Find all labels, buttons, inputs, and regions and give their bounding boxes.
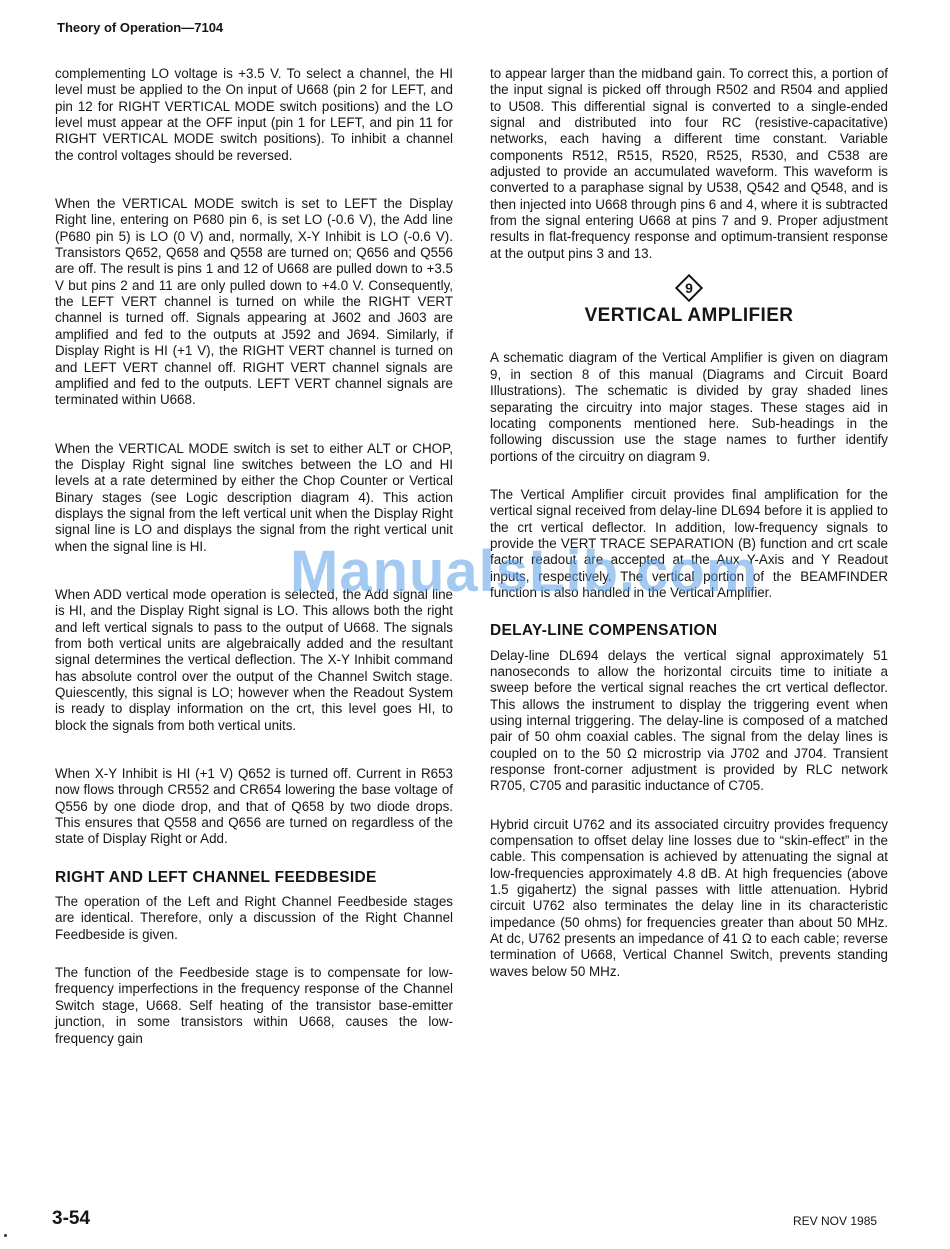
paragraph-hybrid-circuit: Hybrid circuit U762 and its associated c…	[490, 817, 888, 980]
paragraph-delay-line: Delay-line DL694 delays the vertical sig…	[490, 648, 888, 795]
paragraph-vertical-mode-left: When the VERTICAL MODE switch is set to …	[55, 196, 453, 408]
left-column: complementing LO voltage is +3.5 V. To s…	[55, 66, 453, 1047]
page-number: 3-54	[52, 1208, 90, 1230]
paragraph-feedbeside-continued: to appear larger than the midband gain. …	[490, 66, 888, 262]
paragraph-feedbeside-function: The function of the Feedbeside stage is …	[55, 965, 453, 1047]
section-number: 9	[675, 274, 703, 302]
heading-feedbeside: RIGHT AND LEFT CHANNEL FEEDBESIDE	[55, 870, 453, 886]
revision-date: REV NOV 1985	[793, 1214, 877, 1228]
paragraph-vertical-amp-function: The Vertical Amplifier circuit provides …	[490, 487, 888, 601]
diamond-section-icon: 9	[675, 274, 703, 302]
section-marker: 9	[490, 274, 888, 302]
paragraph-feedbeside-intro: The operation of the Left and Right Chan…	[55, 894, 453, 943]
heading-vertical-amplifier: VERTICAL AMPLIFIER	[490, 308, 888, 324]
paragraph-channel-select: complementing LO voltage is +3.5 V. To s…	[55, 66, 453, 164]
paragraph-xy-inhibit: When X-Y Inhibit is HI (+1 V) Q652 is tu…	[55, 766, 453, 848]
scan-mark	[4, 1234, 7, 1237]
paragraph-schematic-intro: A schematic diagram of the Vertical Ampl…	[490, 350, 888, 464]
page-header-title: Theory of Operation—7104	[57, 20, 223, 35]
paragraph-add-mode: When ADD vertical mode operation is sele…	[55, 587, 453, 734]
heading-delay-line: DELAY-LINE COMPENSATION	[490, 623, 888, 639]
paragraph-alt-chop: When the VERTICAL MODE switch is set to …	[55, 441, 453, 555]
right-column: to appear larger than the midband gain. …	[490, 66, 888, 980]
